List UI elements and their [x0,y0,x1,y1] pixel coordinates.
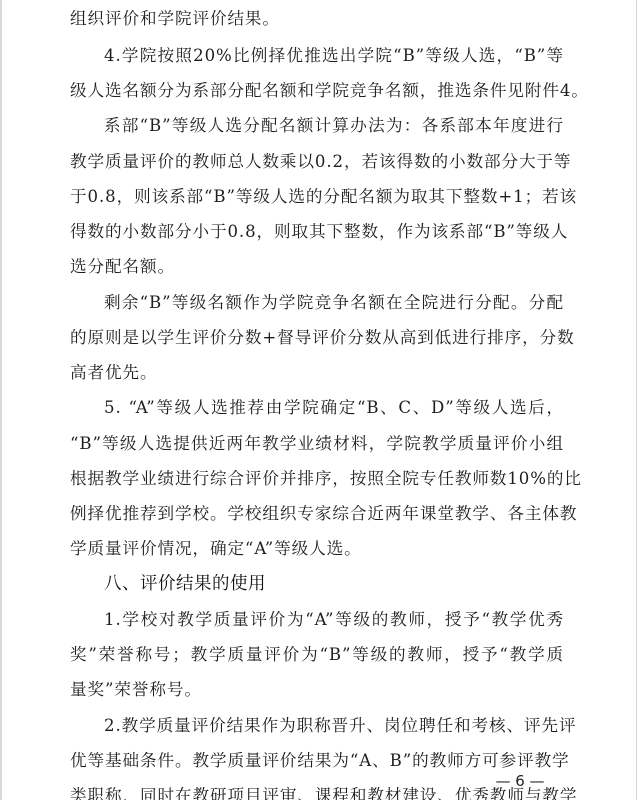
text-line: 组织评价和学院评价结果。 [70,8,564,30]
text-line: 量奖”荣誉称号。 [70,679,564,701]
text-line: 1.学校对教学质量评价为“A”等级的教师，授予“教学优秀 [104,609,564,631]
text-line: 剩余“B”等级名额作为学院竞争名额在全院进行分配。分配 [104,292,564,314]
text-line: 学质量评价情况，确定“A”等级人选。 [70,538,564,560]
text-line: 2.教学质量评价结果作为职称晋升、岗位聘任和考核、评先评 [104,715,564,737]
text-line: 4.学院按照20%比例择优推选出学院“B”等级人选，“B”等 [104,45,564,67]
page-number: — 6 — [488,770,552,792]
document-page: 组织评价和学院评价结果。 4.学院按照20%比例择优推选出学院“B”等级人选，“… [0,0,639,800]
text-line: 教学质量评价的教师总人数乘以0.2，若该得数的小数部分大于等 [70,151,564,173]
text-line: 于0.8，则该系部“B”等级人选的分配名额为取其下整数+1；若该 [70,186,564,208]
text-line: 级人选名额分为系部分配名额和学院竞争名额，推选条件见附件4。 [70,80,564,102]
section-heading: 八、评价结果的使用 [104,573,266,595]
text-line: 优等基础条件。教学质量评价结果为“A、B”的教师方可参评教学 [70,750,564,772]
text-line: “B”等级人选提供近两年教学业绩材料，学院教学质量评价小组 [70,433,564,455]
text-line: 选分配名额。 [70,256,564,278]
text-line: 系部“B”等级人选分配名额计算办法为：各系部本年度进行 [104,115,564,137]
text-line: 例择优推荐到学校。学校组织专家综合近两年课堂教学、各主体教 [70,503,564,525]
text-line: 的原则是以学生评价分数+督导评价分数从高到低进行排序，分数 [70,327,564,349]
text-line: 高者优先。 [70,362,564,384]
text-line: 5. “A”等级人选推荐由学院确定“B、C、D”等级人选后， [104,397,564,419]
text-line: 奖”荣誉称号；教学质量评价为“B”等级的教师，授予“教学质 [70,644,564,666]
page-left-edge [0,0,2,800]
text-line: 得数的小数部分小于0.8，则取其下整数，作为该系部“B”等级人 [70,221,564,243]
text-line: 根据教学业绩进行综合评价并排序，按照全院专任教师数10%的比 [70,468,564,490]
page-right-edge [636,0,637,800]
